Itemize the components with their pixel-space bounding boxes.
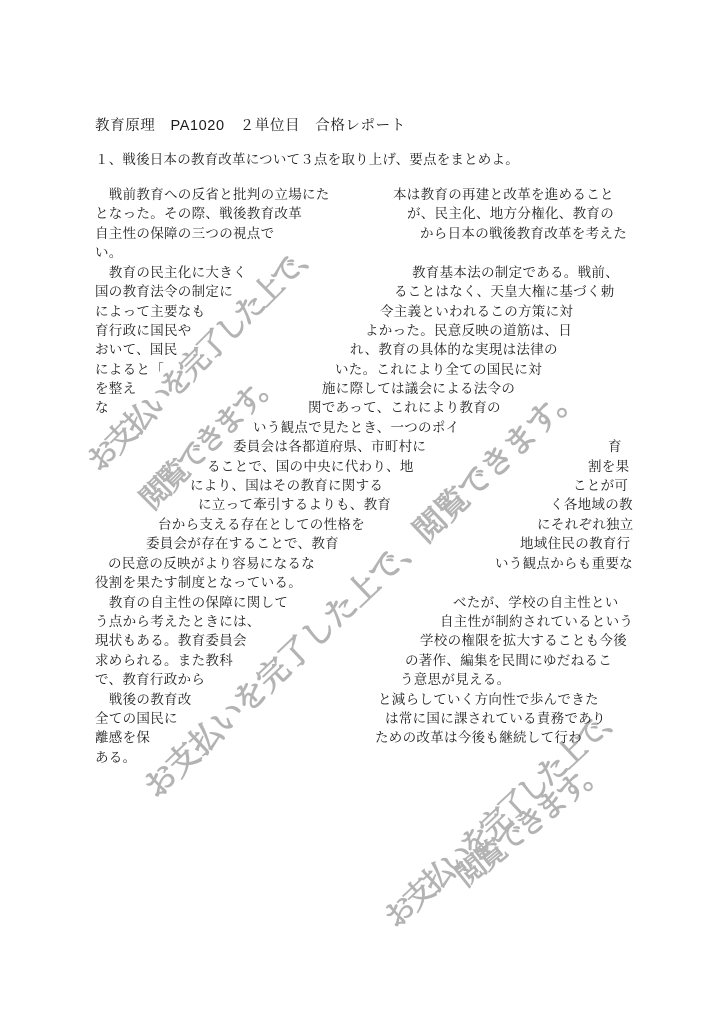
text-fragment: 全ての国民に [95,711,178,727]
text-fragment: ることで、国の中央に代わり、地 [207,459,414,475]
text-fragment: いた。これにより全ての国民に対 [335,362,542,378]
text-fragment: 求められる。また教科 [95,653,233,669]
text-fragment: 学校の権限を拡大することも今後 [420,633,627,649]
doc-title: 教育原理 PA1020 ２単位目 合格レポート [95,119,406,135]
text-fragment: 戦後の教育改 [95,692,192,708]
text-fragment: 施に際しては議会による法令の [322,381,515,397]
text-fragment: 委員会が存在することで、教育 [146,536,339,552]
text-fragment: おいて、国民 [95,342,178,358]
text-fragment: い。 [95,245,123,261]
text-fragment: な [95,400,109,416]
text-fragment: で、教育行政から [95,672,205,688]
text-fragment: ある。 [95,750,136,766]
text-fragment: によると「 [95,362,164,378]
text-fragment: いう観点からも重要な [495,556,633,572]
text-fragment: 育 [608,439,622,455]
text-fragment: となった。その際、戦後教育改革 [95,206,302,222]
text-fragment: く各地域の教 [550,497,633,513]
text-fragment: れ、教育の具体的な実現は法律の [350,342,558,358]
text-fragment: う意思が見える。 [400,672,510,688]
text-fragment: にそれぞれ独立 [537,517,634,533]
text-fragment: 本は教育の再建と改革を進めること [393,187,614,203]
text-fragment: 離感を保 [95,730,150,746]
text-fragment: 役割を果たす制度となっている。 [95,575,302,591]
text-fragment: ことが可 [573,478,628,494]
text-fragment: により、国はその教育に関する [190,478,383,494]
text-fragment: べたが、学校の自主性とい [453,595,619,611]
text-fragment: 自主性が制約されているという [440,614,633,630]
text-fragment: ための改革は今後も継続して行わ [375,730,582,746]
text-fragment: と減らしていく方向性で歩んできた [378,692,599,708]
text-fragment: よかった。民意反映の道筋は、日 [365,323,572,339]
text-fragment: が、民主化、地方分権化、教育の [407,206,614,222]
text-fragment: に立って牽引するよりも、教育 [198,497,391,513]
text-fragment: から日本の戦後教育改革を考えた [420,226,627,242]
text-fragment: 委員会は各都道府県、市町村に [233,439,426,455]
text-fragment: いう観点で見たとき、一つのポイ [253,420,459,436]
text-fragment: ることはなく、天皇大権に基づく勅 [394,284,615,300]
text-fragment: は常に国に課されている責務であり [385,711,606,727]
text-fragment: 関であって、これにより教育の [308,400,501,416]
text-fragment: 育行政に国民や [95,323,192,339]
text-fragment: 教育の自主性の保障に関して [95,595,288,611]
text-fragment: 地域住民の教育行 [520,536,630,552]
text-fragment: の民意の反映がより容易になるな [108,556,315,572]
doc-question: １、戦後日本の教育改革について３点を取り上げ、要点をまとめよ。 [95,153,519,168]
text-fragment: を整え [95,381,136,397]
report-page: 教育原理 PA1020 ２単位目 合格レポート １、戦後日本の教育改革について３… [0,0,724,1024]
text-fragment: の著作、編集を民間にゆだねるこ [405,653,612,669]
text-fragment: によって主要なも [95,304,205,320]
text-fragment: 教育基本法の制定である。戦前、 [412,265,619,281]
text-fragment: 国の教育法令の制定に [95,284,233,300]
text-fragment: 教育の民主化に大きく [95,265,247,281]
text-fragment: 令主義といわれるこの方策に対 [380,304,573,320]
text-fragment: 戦前教育への反省と批判の立場にた [95,187,330,203]
text-fragment: 台から支える存在としての性格を [158,517,365,533]
text-fragment: 自主性の保障の三つの視点で [95,226,274,242]
text-fragment: う点から考えたときには、 [95,614,261,630]
text-fragment: 割を果 [588,459,629,475]
text-fragment: 現状もある。教育委員会 [95,633,247,649]
